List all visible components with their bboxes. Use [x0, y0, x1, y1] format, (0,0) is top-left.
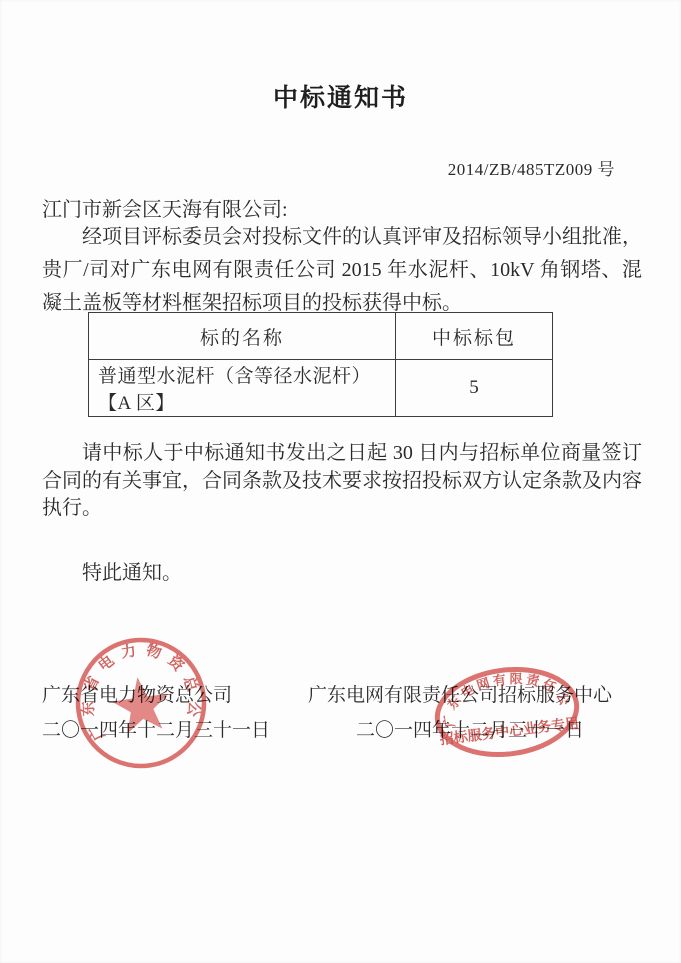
- award-table-header-package: 中标标包: [396, 313, 553, 360]
- signature-left-date: 二〇一四年十二月三十一日: [42, 713, 270, 748]
- document-page: 中标通知书 2014/ZB/485TZ009 号 江门市新会区天海有限公司: 经…: [0, 0, 681, 963]
- reference-number: 2014/ZB/485TZ009 号: [448, 155, 615, 180]
- signature-right-date: 二〇一四年十二月三十一日: [308, 713, 612, 748]
- award-table-cell-subject: 普通型水泥杆（含等径水泥杆）【A 区】: [89, 360, 396, 417]
- paragraph-contract: 请中标人于中标通知书发出之日起 30 日内与招标单位商量签订合同的有关事宜，合同…: [42, 440, 642, 523]
- award-table-header-subject: 标的名称: [89, 313, 396, 360]
- award-table: 标的名称 中标标包 普通型水泥杆（含等径水泥杆）【A 区】 5: [88, 312, 553, 417]
- signature-right: 广东电网有限责任公司招标服务中心 二〇一四年十二月三十一日: [308, 678, 612, 748]
- signature-right-organization: 广东电网有限责任公司招标服务中心: [308, 678, 612, 713]
- addressee-line: 江门市新会区天海有限公司:: [42, 193, 288, 222]
- award-table-header-row: 标的名称 中标标包: [89, 313, 553, 360]
- paragraph-award: 经项目评标委员会对投标文件的认真评审及招标领导小组批准，贵厂/司对广东电网有限责…: [42, 221, 642, 320]
- signature-left: 广东省电力物资总公司 二〇一四年十二月三十一日: [42, 678, 270, 748]
- closing-line: 特此通知。: [42, 556, 182, 585]
- signature-left-organization: 广东省电力物资总公司: [42, 678, 270, 713]
- table-row: 普通型水泥杆（含等径水泥杆）【A 区】 5: [89, 360, 553, 417]
- page-title: 中标通知书: [0, 78, 681, 114]
- award-table-cell-package: 5: [396, 360, 553, 417]
